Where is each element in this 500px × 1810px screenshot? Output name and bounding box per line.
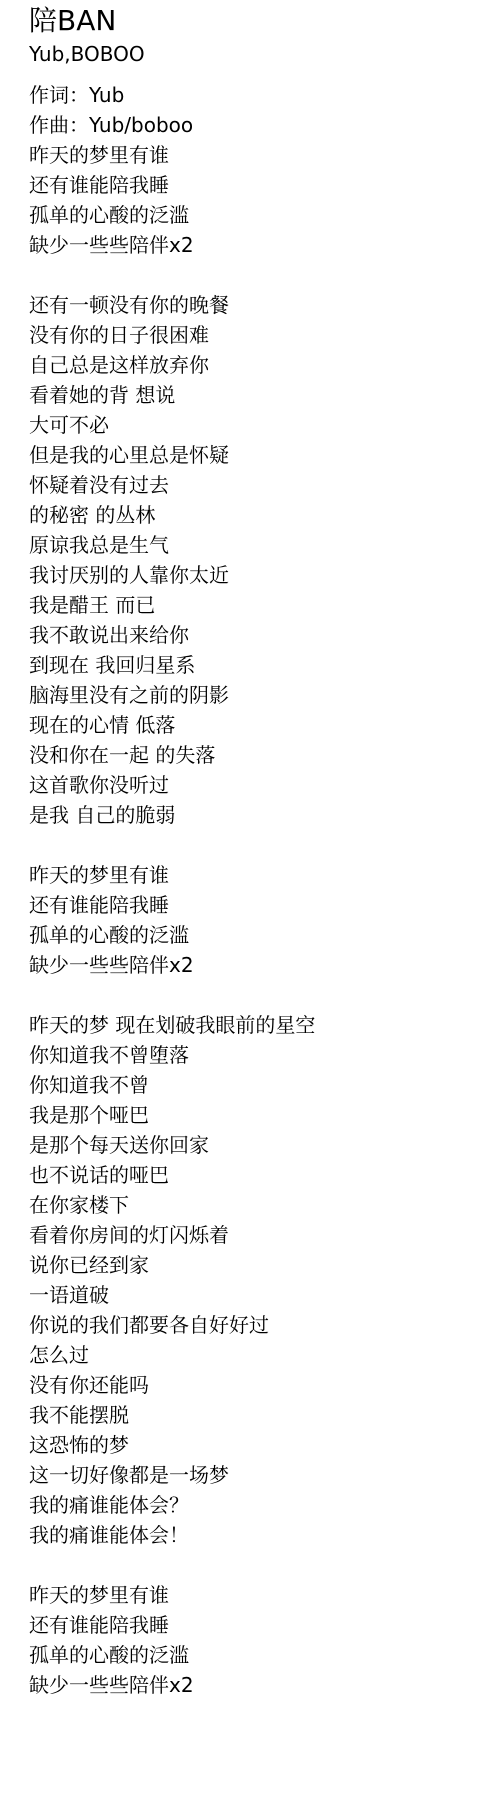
lyrics-line: 在你家楼下 xyxy=(29,1190,482,1220)
lyrics-line: 这恐怖的梦 xyxy=(29,1430,482,1460)
lyrics-line: 是我 自己的脆弱 xyxy=(29,800,482,830)
lyrics-line: 孤单的心酸的泛滥 xyxy=(29,920,482,950)
lyrics-line: 还有谁能陪我睡 xyxy=(29,170,482,200)
lyrics-stanza: 昨天的梦 现在划破我眼前的星空你知道我不曾堕落你知道我不曾我是那个哑巴是那个每天… xyxy=(29,1010,482,1550)
lyrics-line: 这首歌你没听过 xyxy=(29,770,482,800)
lyrics-line: 缺少一些些陪伴x2 xyxy=(29,1670,482,1700)
lyrics-line: 看着你房间的灯闪烁着 xyxy=(29,1220,482,1250)
lyrics-line: 我的痛谁能体会！ xyxy=(29,1520,482,1550)
lyrics-line: 作曲：Yub/boboo xyxy=(29,110,482,140)
lyrics-line: 昨天的梦里有谁 xyxy=(29,140,482,170)
lyrics-stanza: 作词：Yub作曲：Yub/boboo昨天的梦里有谁还有谁能陪我睡孤单的心酸的泛滥… xyxy=(29,80,482,260)
lyrics-line: 缺少一些些陪伴x2 xyxy=(29,230,482,260)
lyrics-line: 脑海里没有之前的阴影 xyxy=(29,680,482,710)
lyrics-line: 还有谁能陪我睡 xyxy=(29,890,482,920)
lyrics-line: 你知道我不曾 xyxy=(29,1070,482,1100)
lyrics-line: 没有你还能吗 xyxy=(29,1370,482,1400)
lyrics-body: 作词：Yub作曲：Yub/boboo昨天的梦里有谁还有谁能陪我睡孤单的心酸的泛滥… xyxy=(29,80,482,1700)
lyrics-line: 孤单的心酸的泛滥 xyxy=(29,200,482,230)
lyrics-line: 昨天的梦 现在划破我眼前的星空 xyxy=(29,1010,482,1040)
lyrics-line: 的秘密 的丛林 xyxy=(29,500,482,530)
lyrics-line: 缺少一些些陪伴x2 xyxy=(29,950,482,980)
lyrics-line: 说你已经到家 xyxy=(29,1250,482,1280)
lyrics-stanza: 昨天的梦里有谁还有谁能陪我睡孤单的心酸的泛滥缺少一些些陪伴x2 xyxy=(29,860,482,980)
lyrics-line: 怎么过 xyxy=(29,1340,482,1370)
lyrics-line: 你说的我们都要各自好好过 xyxy=(29,1310,482,1340)
lyrics-line: 昨天的梦里有谁 xyxy=(29,1580,482,1610)
lyrics-line: 原谅我总是生气 xyxy=(29,530,482,560)
lyrics-line: 自己总是这样放弃你 xyxy=(29,350,482,380)
lyrics-line: 我是那个哑巴 xyxy=(29,1100,482,1130)
lyrics-stanza: 昨天的梦里有谁还有谁能陪我睡孤单的心酸的泛滥缺少一些些陪伴x2 xyxy=(29,1580,482,1700)
lyrics-line: 昨天的梦里有谁 xyxy=(29,860,482,890)
lyrics-line: 我不能摆脱 xyxy=(29,1400,482,1430)
lyrics-line: 我讨厌别的人靠你太近 xyxy=(29,560,482,590)
lyrics-line: 我不敢说出来给你 xyxy=(29,620,482,650)
lyrics-line: 大可不必 xyxy=(29,410,482,440)
lyrics-line: 我是醋王 而已 xyxy=(29,590,482,620)
lyrics-line: 还有一顿没有你的晚餐 xyxy=(29,290,482,320)
lyrics-line: 作词：Yub xyxy=(29,80,482,110)
lyrics-line: 还有谁能陪我睡 xyxy=(29,1610,482,1640)
lyrics-line: 是那个每天送你回家 xyxy=(29,1130,482,1160)
lyrics-line: 也不说话的哑巴 xyxy=(29,1160,482,1190)
lyrics-line: 一语道破 xyxy=(29,1280,482,1310)
lyrics-line: 我的痛谁能体会？ xyxy=(29,1490,482,1520)
lyrics-line: 怀疑着没有过去 xyxy=(29,470,482,500)
song-artists: Yub,BOBOO xyxy=(29,42,482,66)
lyrics-line: 这一切好像都是一场梦 xyxy=(29,1460,482,1490)
lyrics-line: 看着她的背 想说 xyxy=(29,380,482,410)
lyrics-line: 到现在 我回归星系 xyxy=(29,650,482,680)
song-title: 陪BAN xyxy=(29,2,482,40)
lyrics-line: 现在的心情 低落 xyxy=(29,710,482,740)
lyrics-line: 你知道我不曾堕落 xyxy=(29,1040,482,1070)
lyrics-stanza: 还有一顿没有你的晚餐没有你的日子很困难自己总是这样放弃你看着她的背 想说大可不必… xyxy=(29,290,482,830)
lyrics-page: 陪BAN Yub,BOBOO 作词：Yub作曲：Yub/boboo昨天的梦里有谁… xyxy=(0,0,500,1810)
lyrics-line: 但是我的心里总是怀疑 xyxy=(29,440,482,470)
lyrics-line: 没和你在一起 的失落 xyxy=(29,740,482,770)
lyrics-line: 孤单的心酸的泛滥 xyxy=(29,1640,482,1670)
lyrics-line: 没有你的日子很困难 xyxy=(29,320,482,350)
